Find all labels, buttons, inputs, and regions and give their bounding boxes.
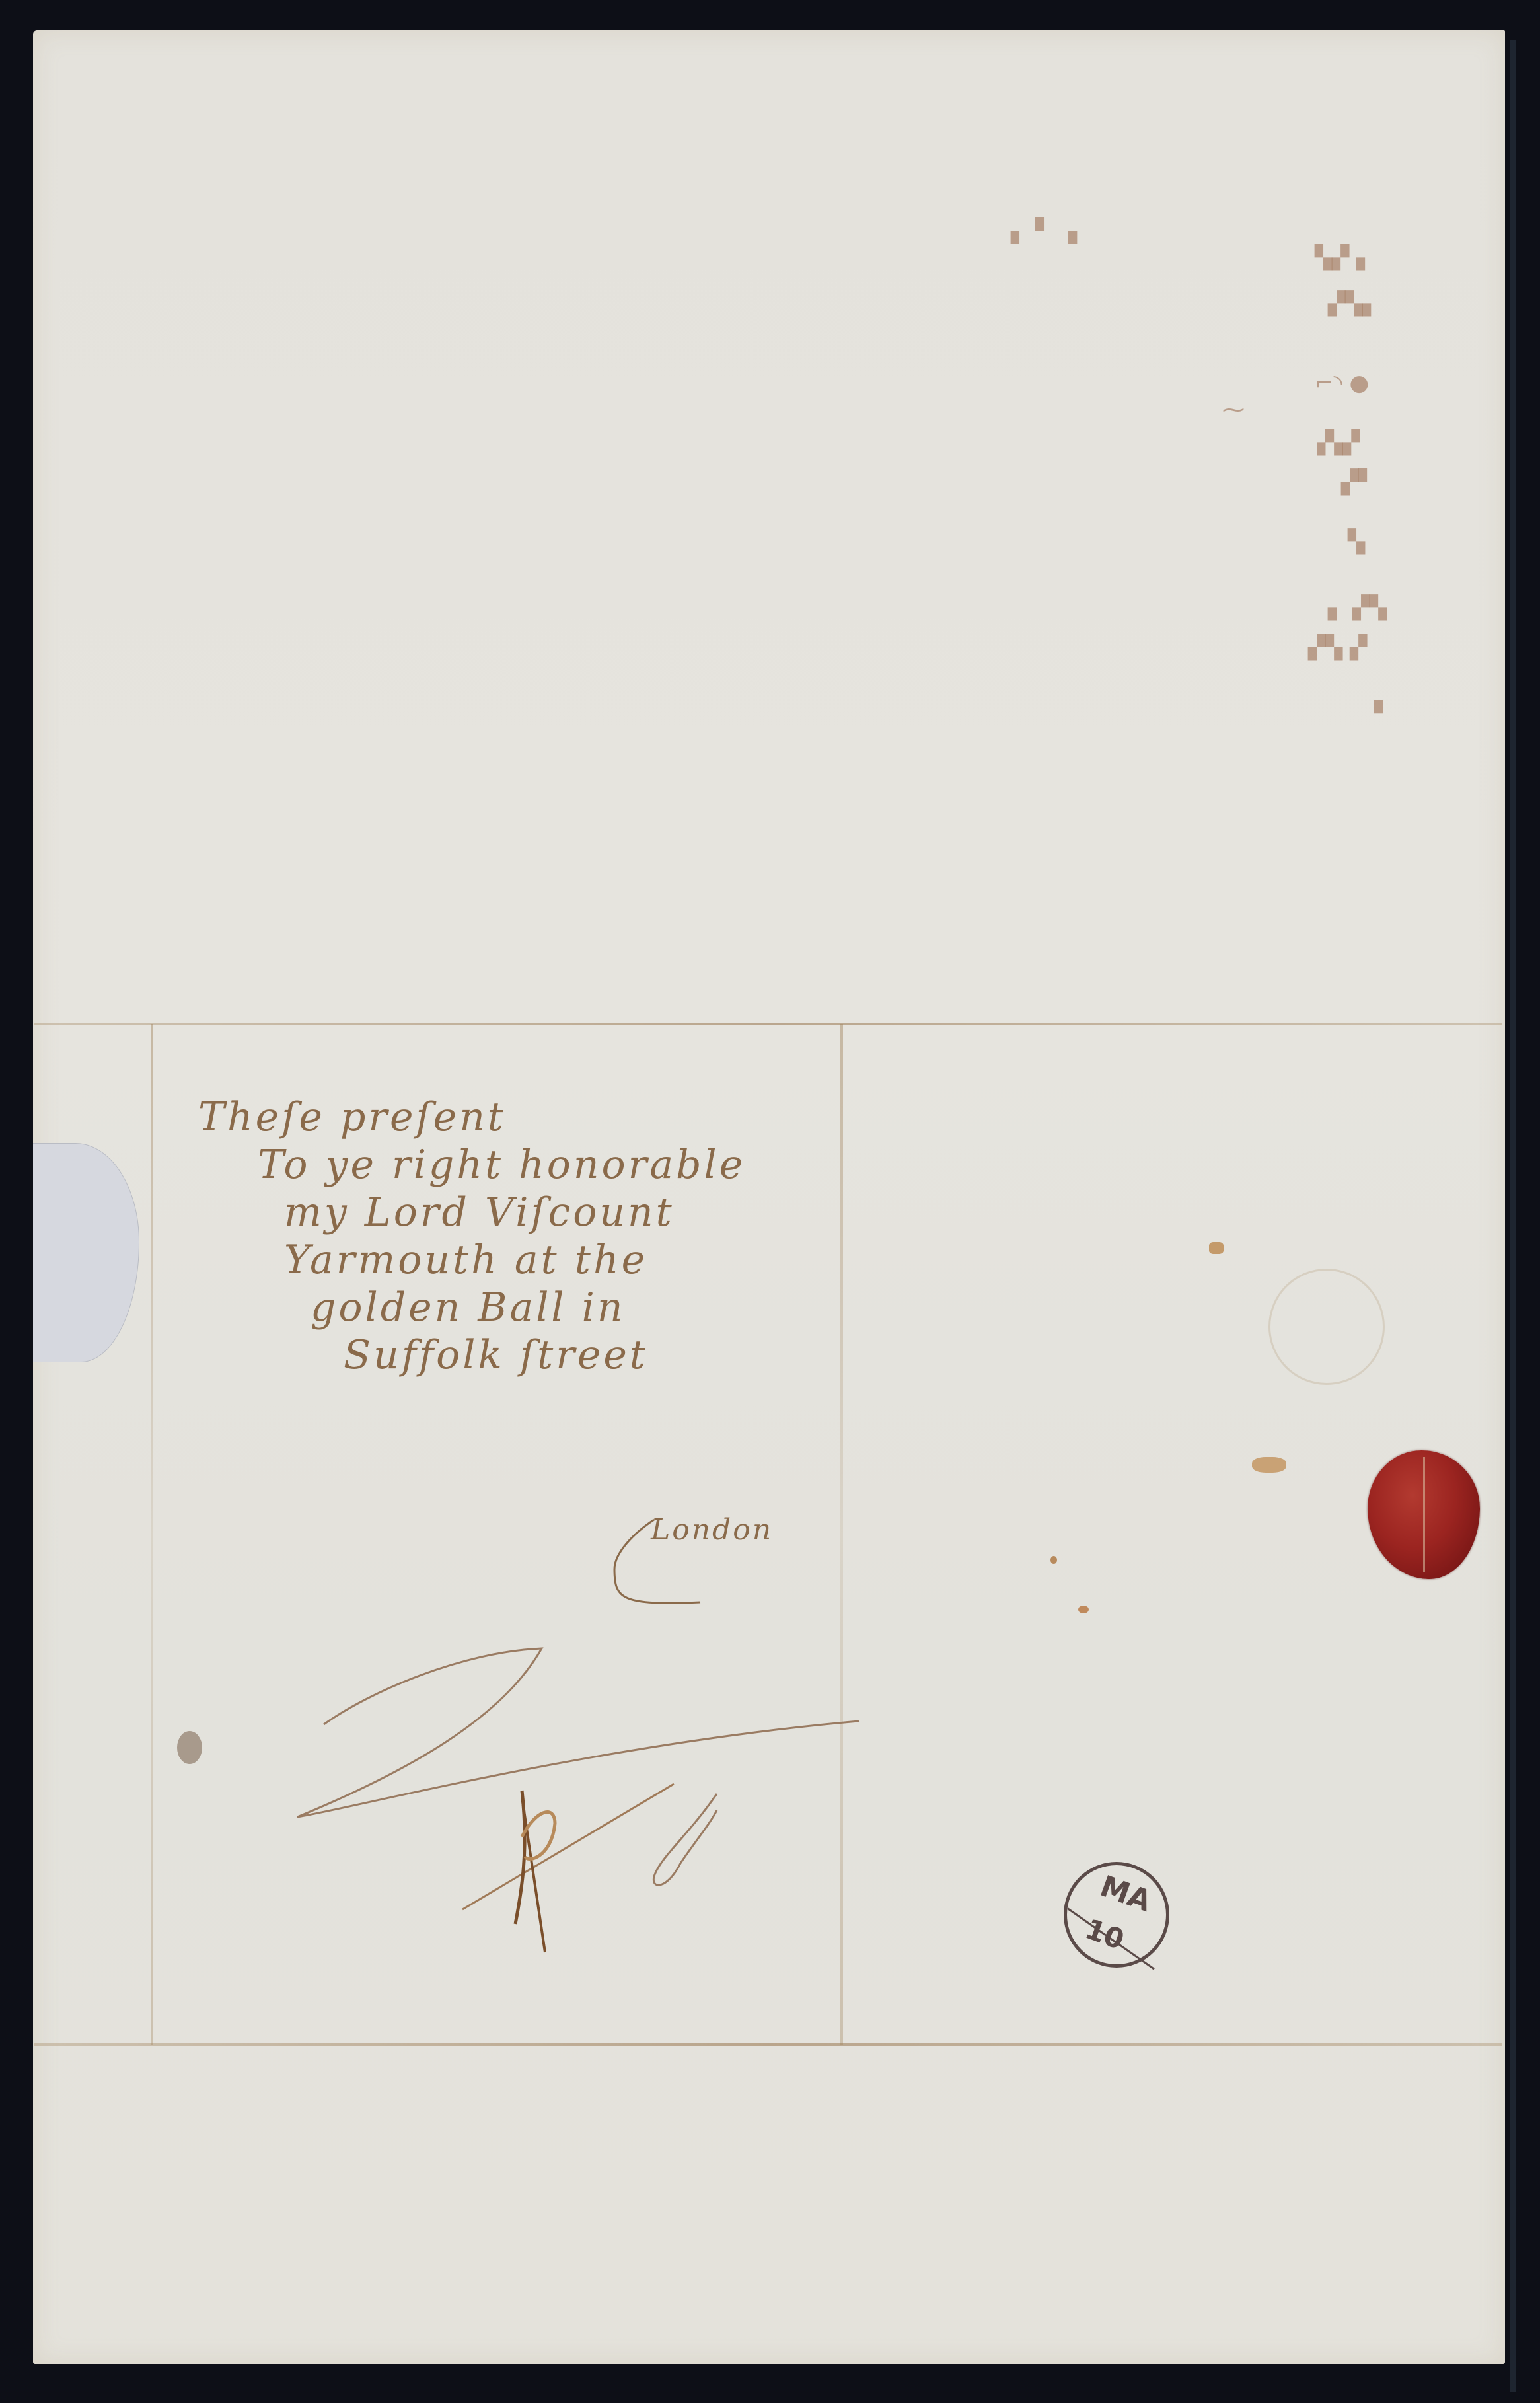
pen-flourishes bbox=[0, 0, 1540, 2403]
bishop-postmark: MA 10 bbox=[1064, 1862, 1169, 1968]
postmark-month: MA bbox=[1096, 1869, 1156, 1919]
postmark-day: 10 bbox=[1081, 1912, 1128, 1956]
